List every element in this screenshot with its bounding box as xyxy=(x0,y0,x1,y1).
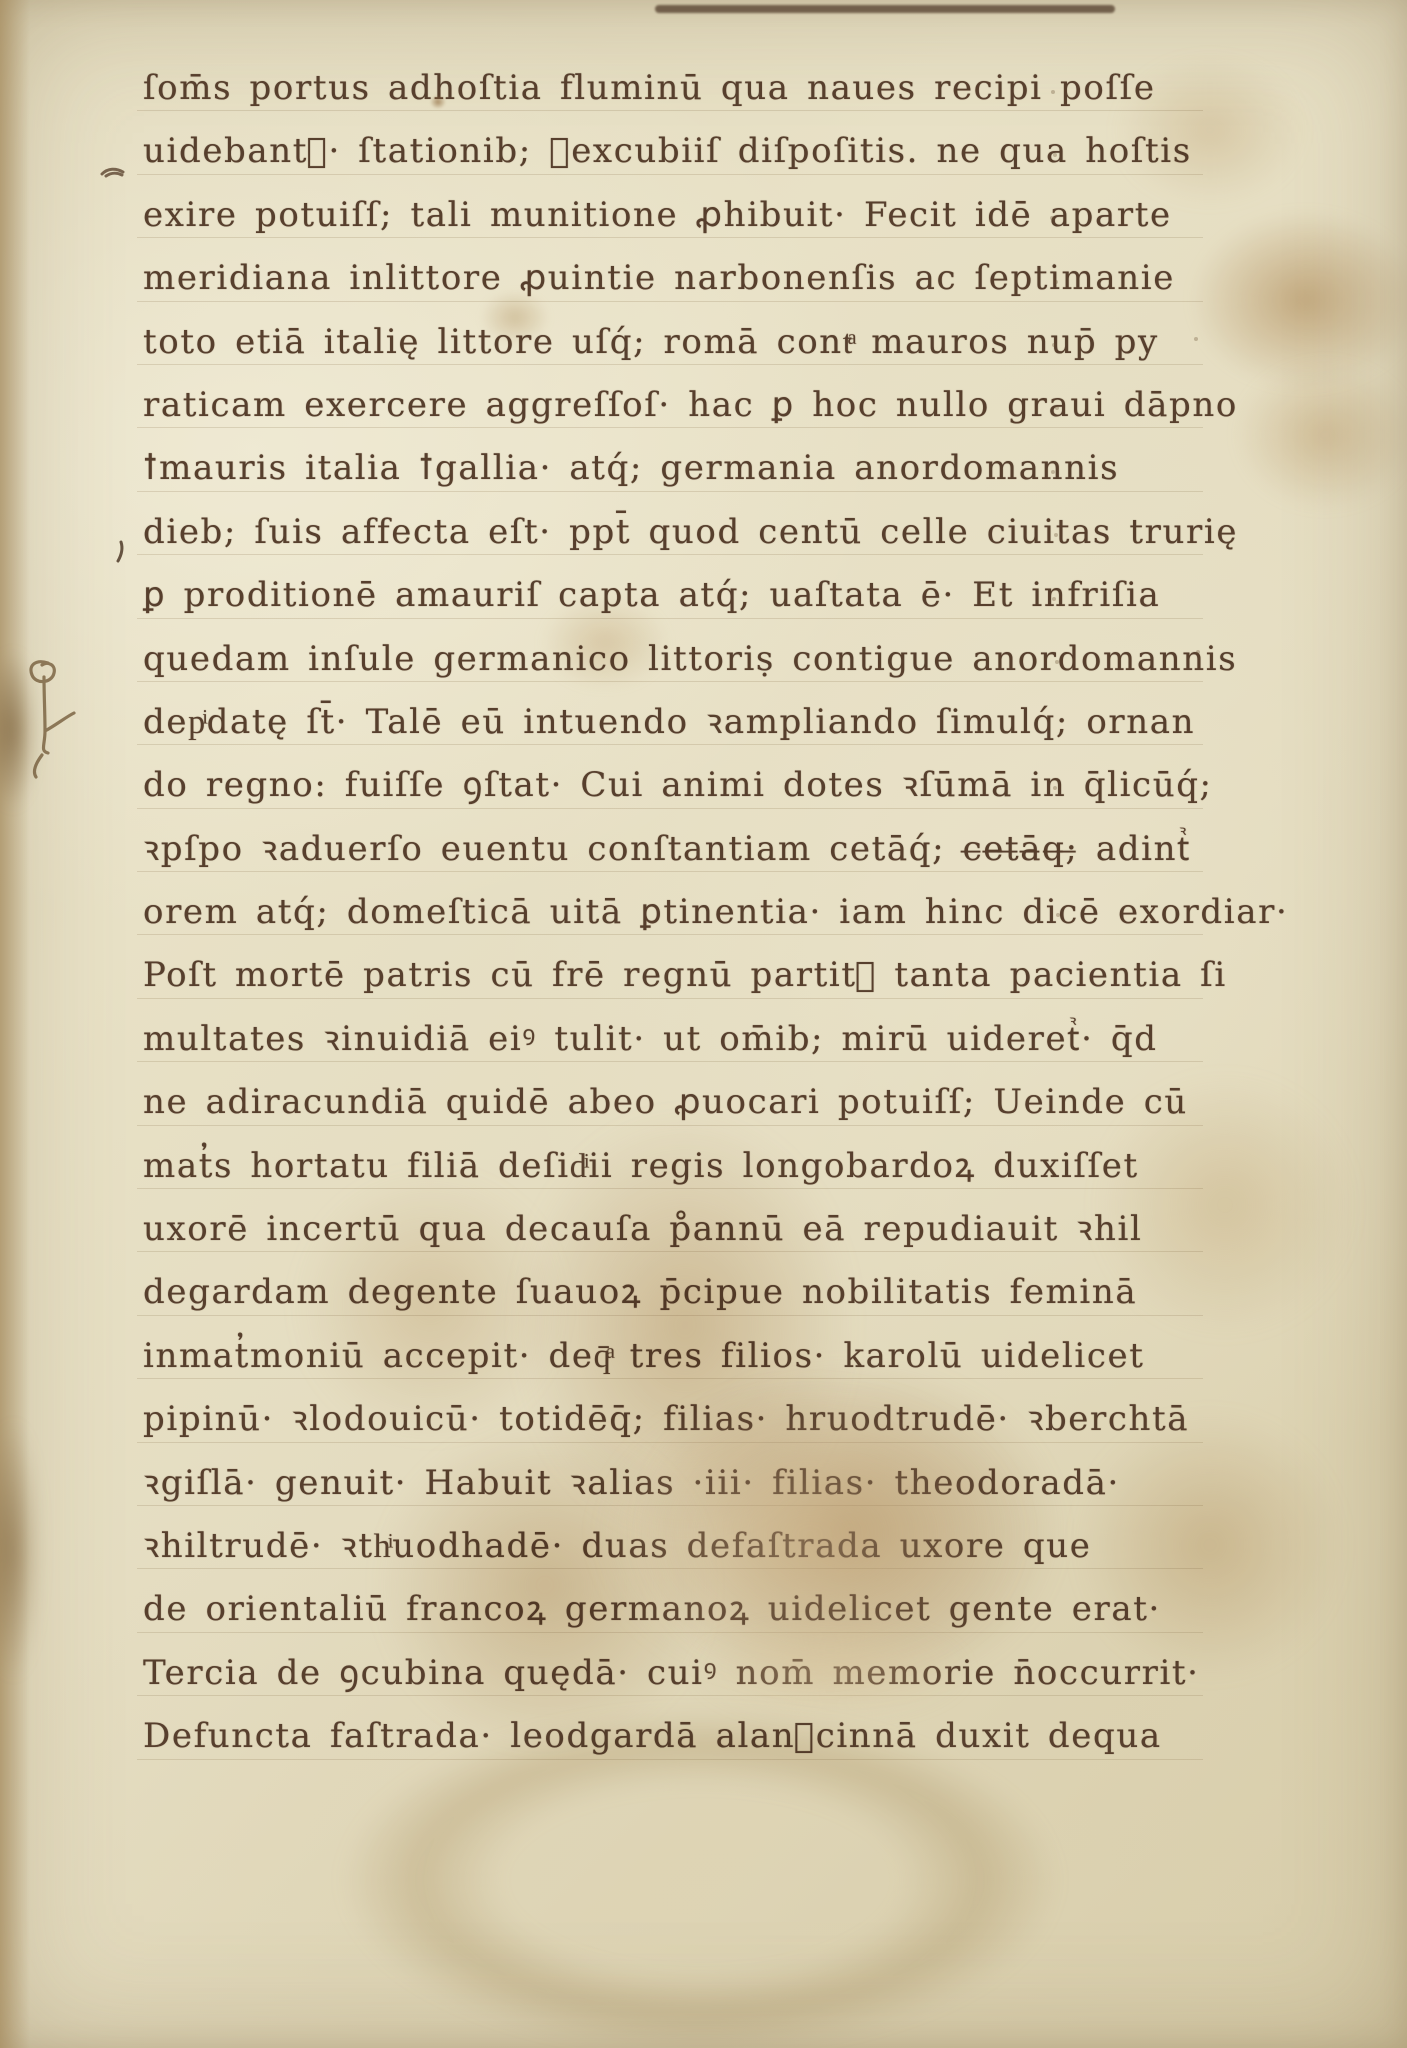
margin-comma xyxy=(114,540,128,564)
text-line: Poſt mortē patris cū frē regnū partitᷣ t… xyxy=(143,944,1233,1007)
text-line: ꝛgiſlā· genuit· Habuit ꝛalias ·iii· fili… xyxy=(143,1452,1233,1515)
text-line: de orientaliū francoꝝ germanoꝝ uidelicet… xyxy=(143,1578,1233,1641)
page-left-edge-shadow xyxy=(0,0,30,2048)
text-line: degardam degente ſuauoꝝ p̄cipue nobilita… xyxy=(143,1261,1233,1324)
margin-tick xyxy=(100,162,126,184)
text-line: ne adiracundiā quidē abeo ꝓuocari potuiſ… xyxy=(143,1071,1233,1134)
text-line: orem atq́; domeſticā uitā ꝑtinentia· iam… xyxy=(143,881,1233,944)
text-line: ꝉmauris italia ꝉgallia· atq́; germania a… xyxy=(143,437,1233,500)
text-line: Defuncta faſtrada· leodgardā alanᷟcinnā … xyxy=(143,1705,1233,1768)
text-line: pipinū· ꝛlodouicū· totidēq̄; filias· hru… xyxy=(143,1388,1233,1451)
text-line: multates ꝛinuidiā eiꝰ tulit· ut om̄ib; m… xyxy=(143,1008,1233,1071)
text-line: ſom̄s portus adhoſtia fluminū qua naues … xyxy=(143,57,1233,120)
text-line: meridiana inlittore ꝓuintie narbonenſis … xyxy=(143,247,1233,310)
text-line: ꝛhiltrudē· ꝛthͥuodhadē· duas defaſtrada … xyxy=(143,1515,1233,1578)
margin-nota-drawing xyxy=(18,655,88,785)
text-line: do regno: fuiſſe ꝯſtat· Cui animi dotes … xyxy=(143,754,1233,817)
text-line: uxorē incertū qua decauſa p̊annū eā repu… xyxy=(143,1198,1233,1261)
text-line: exire potuiſſ; tali munitione ꝓhibuit· F… xyxy=(143,184,1233,247)
stain xyxy=(0,1420,41,1680)
stain xyxy=(1235,360,1407,510)
text-line: depͥdatę ſt̄· Talē eū intuendo ꝛampliand… xyxy=(143,691,1233,754)
text-line: toto etiā italię littore uſq́; romā cont… xyxy=(143,311,1233,374)
page-top-edge-line xyxy=(655,5,1115,13)
stain xyxy=(0,650,38,810)
text-line: ꝑ proditionē amauriſ capta atq́; uaſtata… xyxy=(143,564,1233,627)
text-line: inmat̓moniū accepit· deq̄ͣ tres filios· … xyxy=(143,1325,1233,1388)
text-line: ꝛpſpo ꝛaduerſo euentu conſtantiam cetāq́… xyxy=(143,818,1233,881)
text-line: Tercia de ꝯcubina quędā· cuiꝰ nom̄ memor… xyxy=(143,1642,1233,1705)
parchment-page: ſom̄s portus adhoſtia fluminū qua naues … xyxy=(0,0,1407,2048)
text-line: uidebantᷣ· ſtationib; ꝛexcubiiſ diſpoſit… xyxy=(143,120,1233,183)
text-block: ſom̄s portus adhoſtia fluminū qua naues … xyxy=(143,57,1233,1769)
text-line: mat̓s hortatu filiā deſidͥii regis longo… xyxy=(143,1135,1233,1198)
text-line: quedam inſule germanico littoriṣ contigu… xyxy=(143,628,1233,691)
text-line: dieb; ſuis affecta eſt· ppt̄ quod centū … xyxy=(143,501,1233,564)
text-line: raticam exercere aggreſſoſ· hac ꝑ hoc nu… xyxy=(143,374,1233,437)
